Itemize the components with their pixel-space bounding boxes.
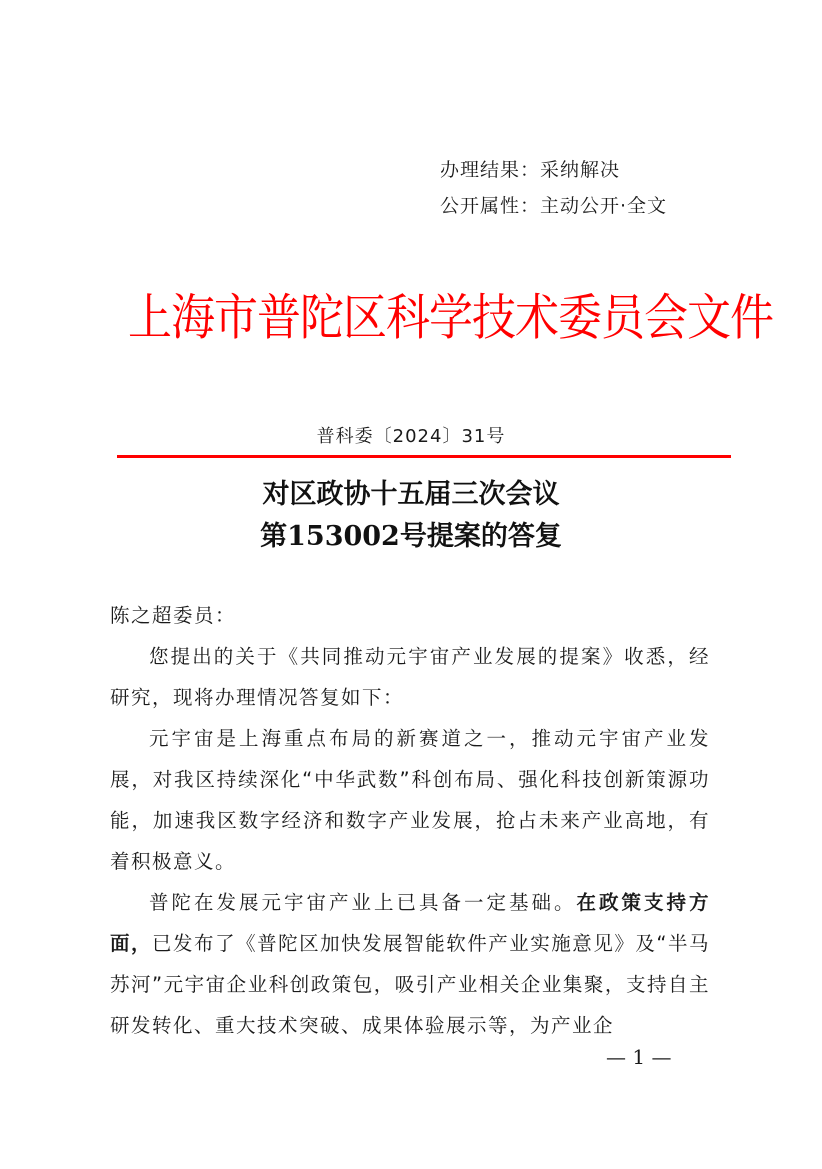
- handling-result-label: 办理结果：: [440, 159, 540, 181]
- document-number: 普科委〔2024〕31号: [0, 424, 822, 450]
- document-body: 陈之超委员： 您提出的关于《共同推动元宇宙产业发展的提案》收悉，经研究，现将办理…: [110, 595, 710, 1046]
- paragraph-3: 普陀在发展元宇宙产业上已具备一定基础。在政策支持方面，已发布了《普陀区加快发展智…: [110, 882, 710, 1046]
- document-meta: 办理结果：采纳解决 公开属性：主动公开·全文: [440, 152, 667, 224]
- paragraph-3-lead: 普陀在发展元宇宙产业上已具备一定基础。: [149, 891, 576, 914]
- page-number: — 1 —: [606, 1044, 671, 1070]
- red-masthead-title: 上海市普陀区科学技术委员会文件: [128, 284, 738, 353]
- paragraph-3-rest: 已发布了《普陀区加快发展智能软件产业实施意见》及“半马苏河”元宇宙企业科创政策包…: [110, 932, 710, 1037]
- document-page: 办理结果：采纳解决 公开属性：主动公开·全文 上海市普陀区科学技术委员会文件 普…: [0, 0, 822, 1169]
- document-title: 对区政协十五届三次会议 第153002号提案的答复: [0, 474, 822, 558]
- handling-result-value: 采纳解决: [540, 159, 620, 181]
- disclosure-attribute: 公开属性：主动公开·全文: [440, 188, 667, 224]
- document-title-line-1: 对区政协十五届三次会议: [0, 474, 822, 516]
- paragraph-2: 元宇宙是上海重点布局的新赛道之一，推动元宇宙产业发展，对我区持续深化“中华武数”…: [110, 718, 710, 882]
- red-divider-line: [117, 455, 731, 458]
- handling-result: 办理结果：采纳解决: [440, 152, 667, 188]
- document-title-line-2: 第153002号提案的答复: [0, 516, 822, 558]
- paragraph-1: 您提出的关于《共同推动元宇宙产业发展的提案》收悉，经研究，现将办理情况答复如下：: [110, 636, 710, 718]
- salutation: 陈之超委员：: [110, 595, 710, 636]
- disclosure-label: 公开属性：: [440, 195, 540, 217]
- disclosure-value: 主动公开·全文: [540, 195, 667, 217]
